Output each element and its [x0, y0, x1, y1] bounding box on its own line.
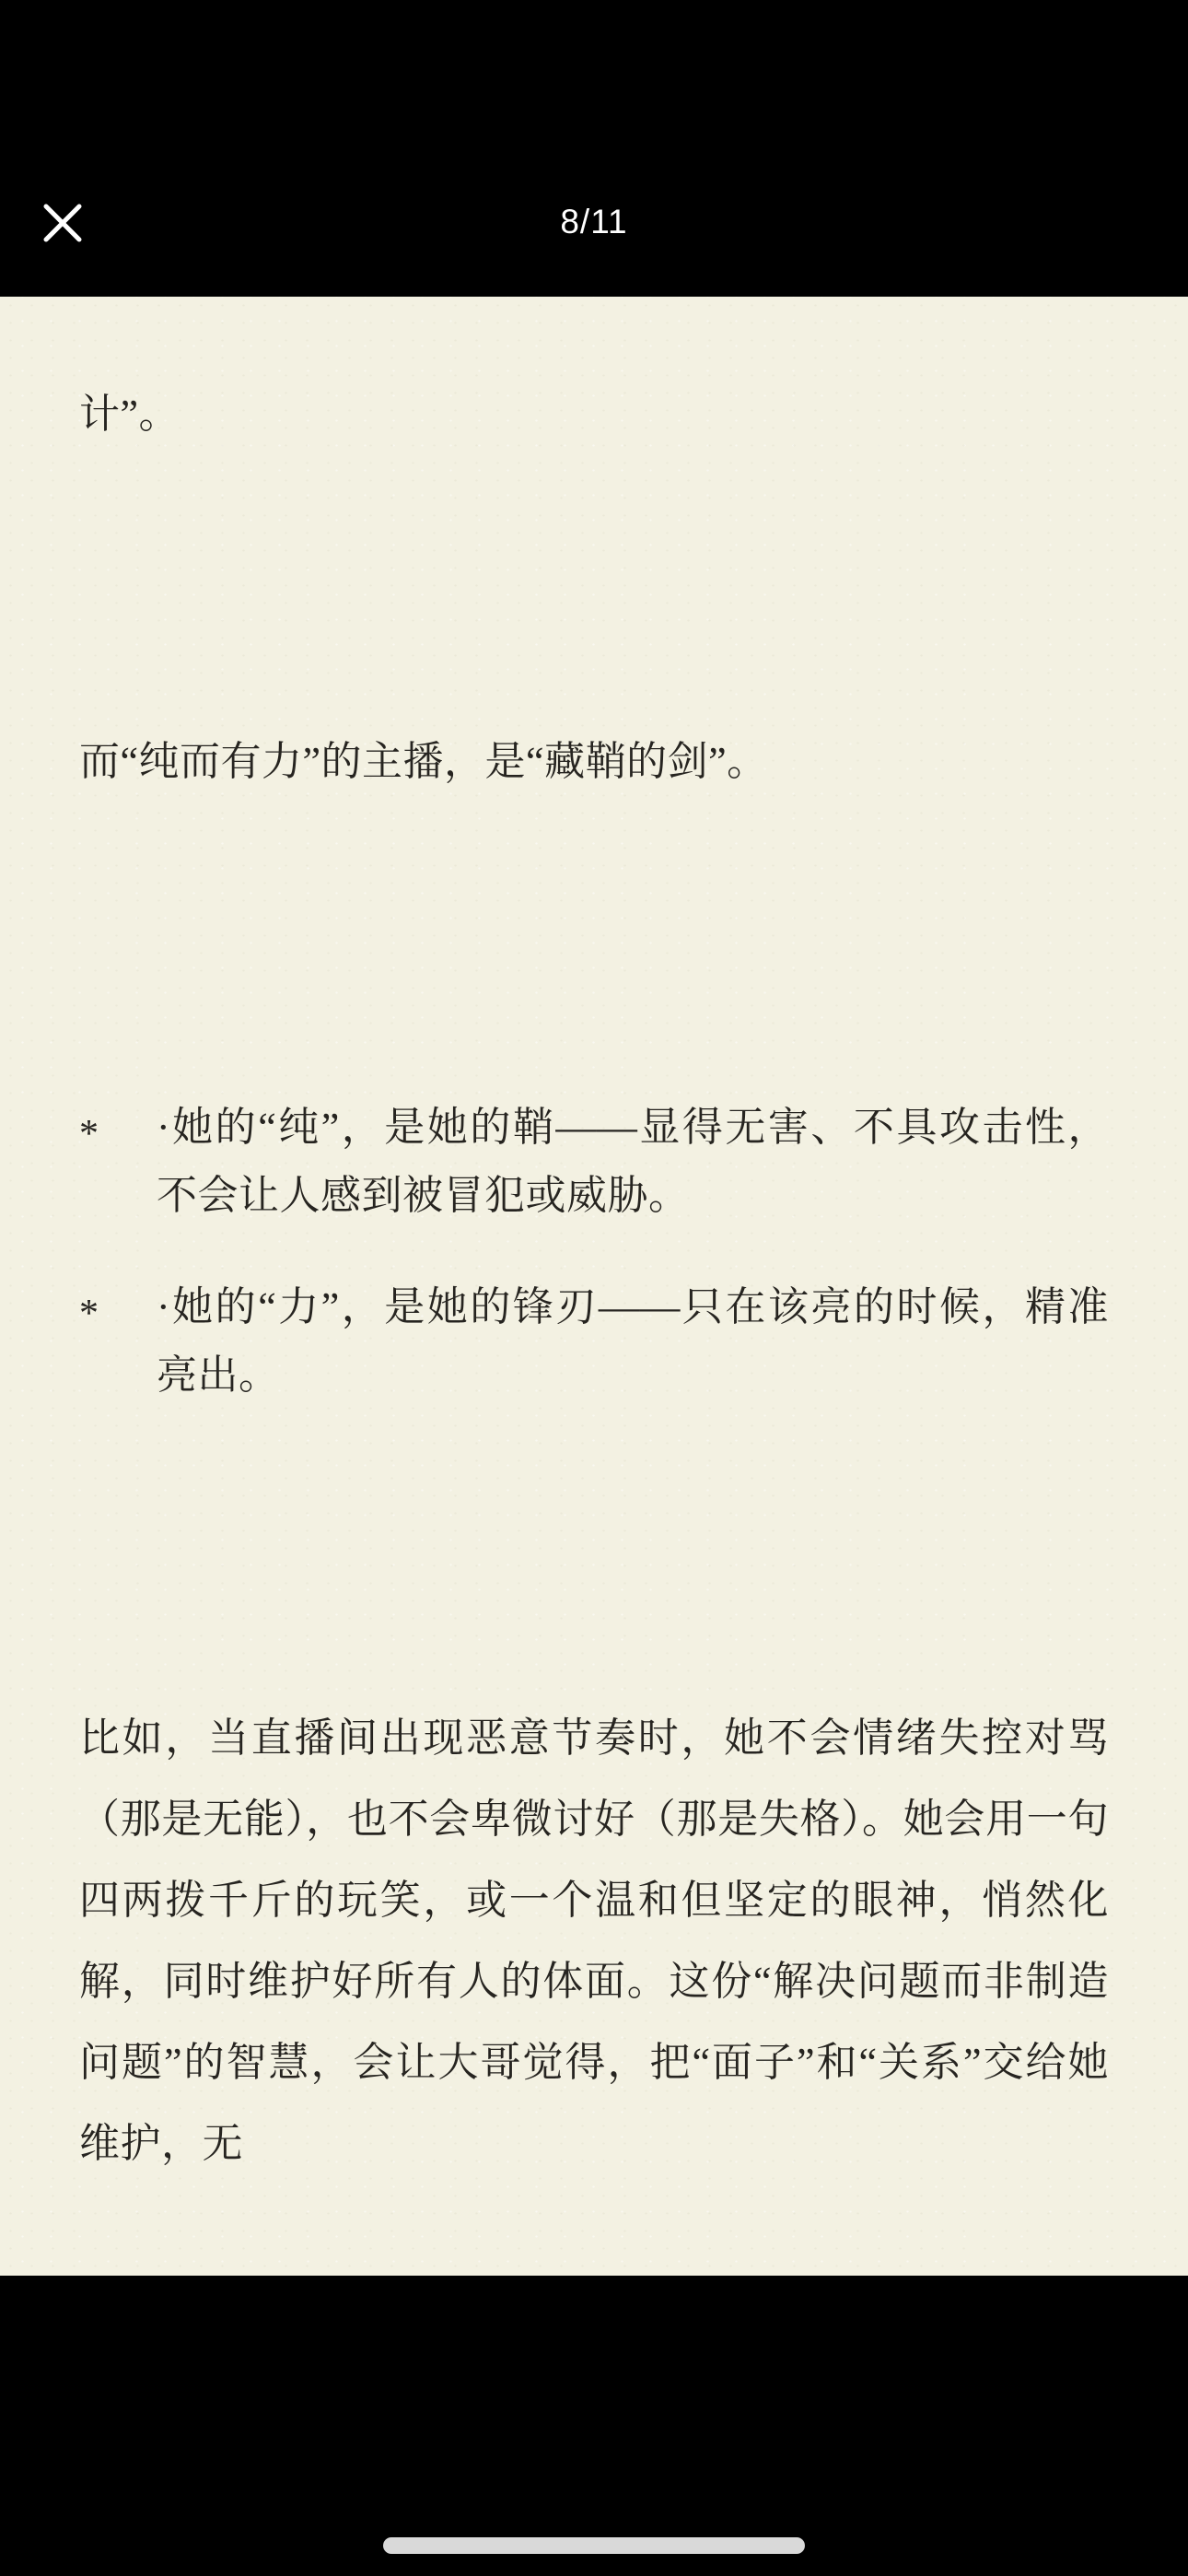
home-indicator[interactable]: [383, 2537, 805, 2554]
list-item-text: ·她的“力”，是她的锋刃——只在该亮的时候，精准亮出。: [157, 1284, 1109, 1398]
bullet-marker: *: [79, 1280, 99, 1348]
paragraph-fragment: 计”。: [79, 374, 1109, 455]
list-item: * ·她的“力”，是她的锋刃——只在该亮的时候，精准亮出。: [79, 1273, 1109, 1410]
reader-topbar: 8/11: [0, 0, 1188, 297]
list-item-text: ·她的“纯”，是她的鞘——显得无害、不具攻击性，不会让人感到被冒犯或威胁。: [157, 1105, 1109, 1218]
page-indicator: 8/11: [0, 203, 1188, 241]
list-item: * ·她的“纯”，是她的鞘——显得无害、不具攻击性，不会让人感到被冒犯或威胁。: [79, 1094, 1109, 1230]
bullet-list: * ·她的“纯”，是她的鞘——显得无害、不具攻击性，不会让人感到被冒犯或威胁。 …: [79, 1094, 1109, 1410]
bullet-marker: *: [79, 1100, 99, 1168]
page-content[interactable]: 计”。 而“纯而有力”的主播，是“藏鞘的剑”。 * ·她的“纯”，是她的鞘——显…: [0, 297, 1188, 2276]
paragraph: 比如，当直播间出现恶意节奏时，她不会情绪失控对骂（那是无能），也不会卑微讨好（那…: [79, 1698, 1109, 2184]
paragraph: 而“纯而有力”的主播，是“藏鞘的剑”。: [79, 721, 1109, 802]
reader-screen: 8/11 计”。 而“纯而有力”的主播，是“藏鞘的剑”。 * ·她的“纯”，是她…: [0, 0, 1188, 2576]
